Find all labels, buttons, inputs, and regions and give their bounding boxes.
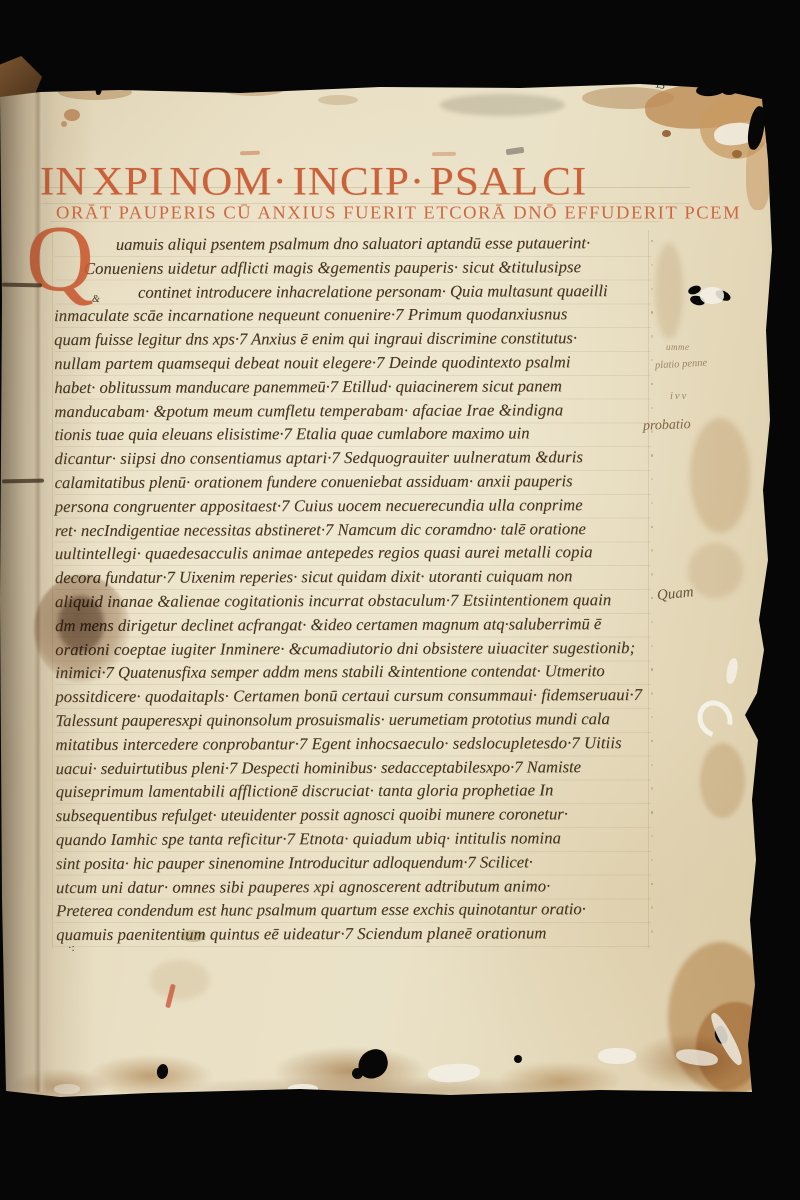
ghost-mark	[432, 152, 456, 156]
damage-spot	[662, 130, 671, 137]
text-line: manducabam· &potum meum cumfletu tempera…	[54, 398, 664, 424]
repair-patch	[675, 1047, 719, 1068]
text-line: uacui· seduirtutibus pleni·7 Despecti ho…	[56, 754, 666, 780]
repair-patch	[700, 287, 724, 304]
text-line: habet· oblitussum manducare panemmeū·7 E…	[54, 374, 664, 400]
pen-scribble	[506, 147, 525, 155]
text-line: decora fundatur·7 Uixenim reperies· sicu…	[55, 564, 665, 590]
text-line: uultintellegi· quaedesacculis animae ant…	[55, 540, 665, 566]
hole	[722, 87, 736, 95]
text-line: dm mens dirigetur declinet acfrangat· &i…	[55, 612, 665, 638]
damage-patch	[746, 140, 770, 210]
text-line: sint posita· hic pauper sinenomine Intro…	[56, 850, 666, 876]
manuscript-photo: IN XPI NOM· INCIP· PSAL CI ORĀT PAUPERIS…	[0, 0, 800, 1200]
text-line: tionis tuae quia eleuans elisistime·7 Et…	[54, 421, 664, 447]
margin-note: probatio	[643, 417, 691, 435]
text-line: subsequentibus refulget· uteuidenter pos…	[56, 802, 666, 828]
repair-patch	[598, 1048, 636, 1064]
text-line: Preterea condendum est hunc psalmum quar…	[56, 897, 666, 923]
repair-patch	[428, 1063, 481, 1084]
rubric-titulus: ORĀT PAUPERIS CŪ ANXIUS FUERIT ETCORĀ DN…	[56, 204, 741, 224]
hole	[514, 1055, 522, 1063]
text-line: Conueniens uidetur adflicti magis &gemen…	[84, 255, 664, 281]
margin-note: platio penne	[655, 358, 708, 372]
text-line: ret· necIndigentiae necessitas abstinere…	[55, 516, 665, 542]
initial-q: Q	[26, 212, 94, 306]
repair-patch	[54, 1084, 80, 1094]
trailing-punctuation: ·:	[68, 942, 75, 954]
hole	[352, 1068, 363, 1079]
text-line: possitdicere· quodaitapls· Certamen bonū…	[55, 683, 665, 709]
text-line: mitatibus intercedere conprobantur·7 Ege…	[56, 731, 666, 757]
text-line: quando Iamhic spe tanta reficitur·7 Etno…	[56, 826, 666, 852]
damage-spot	[732, 150, 742, 158]
text-line: aliquid inanae &alienae cogitationis inc…	[55, 588, 665, 614]
margin-note: ivv	[670, 391, 688, 402]
sewing-mark	[2, 479, 44, 484]
stain	[64, 109, 80, 121]
text-line: quiseprimum lamentabili afflictionē disc…	[56, 778, 666, 804]
hole	[156, 1063, 169, 1080]
text-line: persona congruenter appositaest·7 Cuius …	[55, 493, 665, 519]
stain	[690, 418, 750, 533]
text-line: continet introducere inhacrelatione pers…	[138, 279, 664, 305]
text-line: utcum uni datur· omnes sibi pauperes xpi…	[56, 873, 666, 899]
ink-blot	[95, 81, 103, 96]
sewing-mark	[2, 283, 42, 288]
stain	[700, 743, 745, 818]
text-line: uamuis aliqui psentem psalmum dno saluat…	[116, 231, 664, 257]
text-line: Talessunt pauperesxpi quinonsolum prosui…	[55, 707, 665, 733]
folio-mark: 13	[654, 78, 665, 91]
repair-patch	[288, 1084, 318, 1094]
stain	[150, 960, 210, 1000]
stain	[318, 95, 358, 105]
margin-note: Quam	[656, 584, 694, 605]
hole	[745, 105, 767, 151]
text-line: quamuis paenitentium quintus eē uideatur…	[56, 921, 666, 947]
rubric-incipit: IN XPI NOM· INCIP· PSAL CI	[40, 159, 587, 205]
bounding-line-left	[52, 230, 53, 948]
repair-thread	[691, 694, 739, 744]
smudge	[440, 94, 565, 116]
body-text: uamuis aliqui psentem psalmum dno saluat…	[54, 231, 666, 947]
text-line: nullam partem quamsequi debeat nouit ele…	[54, 350, 664, 376]
ghost-mark	[240, 151, 260, 156]
text-line: orationi coeptae iugiter Inminere· &cuma…	[55, 635, 665, 661]
stain	[61, 121, 67, 127]
text-line: inmaculate scāe incarnatione nequeunt co…	[54, 302, 664, 328]
stain	[688, 543, 743, 598]
repair-patch	[725, 657, 739, 684]
red-mark	[165, 984, 176, 1008]
margin-note: umme	[666, 342, 690, 352]
hole	[695, 81, 726, 97]
text-line: dicantur· siipsi dno consentiamus aptari…	[55, 445, 665, 471]
stain	[222, 83, 284, 96]
interlinear-correction: &	[92, 294, 100, 305]
text-line: quam fuisse legitur dns xps·7 Anxius ē e…	[54, 326, 664, 352]
text-line: inimici·7 Quatenusfixa semper addm mens …	[55, 659, 665, 685]
parchment-page: IN XPI NOM· INCIP· PSAL CI ORĀT PAUPERIS…	[0, 0, 800, 1200]
text-line: calamitatibus plenū· orationem fundere c…	[55, 469, 665, 495]
